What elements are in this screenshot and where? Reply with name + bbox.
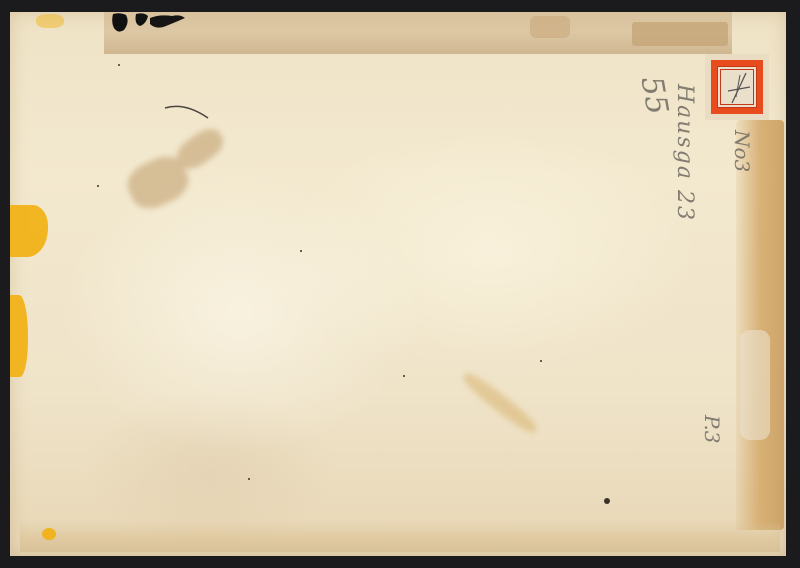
right-light-patch	[740, 330, 770, 440]
speck	[604, 498, 610, 504]
speck	[248, 478, 250, 480]
label-mark	[718, 67, 758, 109]
yellow-stain	[10, 295, 28, 377]
yellow-stain	[36, 14, 64, 28]
pencil-number-55: 55	[634, 74, 675, 118]
red-label	[711, 60, 763, 114]
speck	[118, 64, 120, 66]
yellow-stain	[42, 528, 56, 540]
pencil-arc	[160, 100, 220, 130]
right-tape-stain	[736, 120, 784, 530]
ink-blot	[110, 12, 195, 34]
speck	[540, 360, 542, 362]
bottom-tape-strip	[20, 520, 780, 552]
speck	[300, 250, 302, 252]
tape-stain	[632, 22, 728, 46]
speck	[97, 185, 99, 187]
pencil-number-code: No3	[730, 130, 754, 172]
pencil-bottom-right: P.3	[700, 415, 724, 444]
speck	[403, 375, 405, 377]
tape-stain	[530, 16, 570, 38]
pencil-vertical-text: Hausga 23	[672, 84, 697, 222]
